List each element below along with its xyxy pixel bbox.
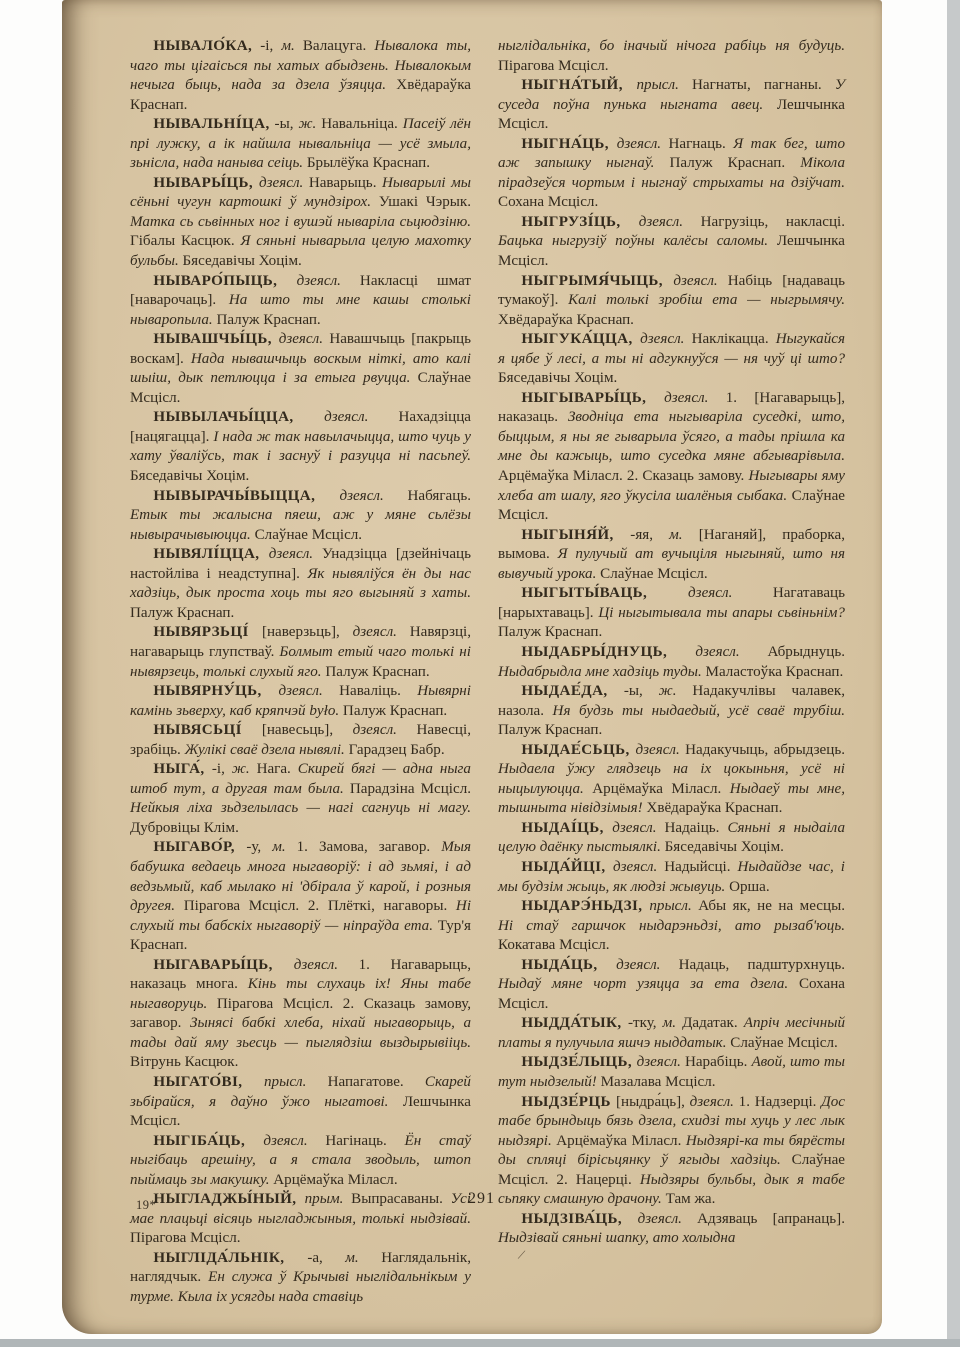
example-text: Матка сь сьвінных ног і вушэй нываріла с…: [130, 214, 471, 230]
entry-text: 1. Надзерці.: [739, 1094, 821, 1110]
example-text: дзеясл.: [353, 624, 410, 640]
example-text: дзеясл.: [640, 331, 691, 347]
dictionary-entry: НЫДАРЭ́НЬДЗІ, прысл. Абы як, не на месцы…: [498, 897, 845, 956]
entry-text: Нагнаць.: [669, 136, 734, 152]
entry-text: Слаўнае Мсцісл.: [255, 527, 363, 543]
entry-text: Мазалава Мсцісл.: [601, 1074, 716, 1090]
headword: НЫДЗЕ́РЦЬ: [521, 1094, 616, 1110]
example-text: м.: [345, 1250, 381, 1266]
dictionary-entry: НЫГЫВАРЫ́ЦЬ, дзеясл. 1. [Нагаварыць], на…: [498, 389, 845, 526]
entry-text: Адзяваць [апранаць].: [697, 1211, 845, 1227]
example-text: дзеясл.: [616, 957, 678, 973]
headword: НЫДАЕ́СЬЦЬ,: [521, 742, 635, 758]
dictionary-entry: НЫГА́, -і, ж. Нага. Скирей бягі — адна н…: [130, 760, 471, 838]
entry-text: Сохана Мсцісл.: [498, 194, 598, 210]
example-text: дзеясл.: [297, 273, 360, 289]
headword: НЫВАЛЬНІ́ЦА,: [153, 116, 269, 132]
entry-text: Палуж Краснап.: [670, 155, 801, 171]
dictionary-entry: НЫДДА́ТЫК, -тку, м. Дадатак. Апріч месіч…: [498, 1014, 845, 1053]
entry-text: Гібалы Касцюк.: [130, 233, 241, 249]
headword: НЫГНА́ТЫЙ,: [521, 77, 636, 93]
dictionary-entry: НЫГЫНЯ́Й, -яя, м. [Наганяй], праборка, в…: [498, 526, 845, 585]
entry-text: Дубровіцы Клім.: [130, 820, 239, 836]
entry-text: Арцёмаўка Міласл.: [273, 1172, 397, 1188]
page-number: 291: [468, 1190, 495, 1208]
example-text: дзеясл.: [673, 273, 727, 289]
entry-text: Наварыць.: [309, 175, 382, 191]
example-text: дзеясл.: [612, 820, 664, 836]
entry-text: 1. Замова, загавор.: [297, 839, 442, 855]
scanned-book-photo: { "page": { "number": "291", "signature_…: [0, 0, 960, 1347]
scanner-edge-strip-right: [947, 0, 960, 1347]
dictionary-entry: НЫГЛАДЖЫ́НЫЙ, прым. Выпрасаваны. Усі мае…: [130, 1190, 471, 1249]
entry-text: Абы як, не на месцы.: [698, 898, 845, 914]
entry-text: Арцёмаўка Міласл.: [592, 781, 729, 797]
entry-text: Бяседавічы Хоцім.: [183, 253, 302, 269]
entry-text: Палуж Краснап.: [343, 703, 447, 719]
dictionary-entry: НЫГЛІДА́ЛЬНІК, -а, м. Наглядальнік, нагл…: [130, 1249, 471, 1308]
dictionary-entry: НЫВАЛО́КА, -і, м. Валацуга. Нывалока ты,…: [130, 37, 471, 115]
example-text: дзеясл.: [639, 214, 701, 230]
text-column-left: НЫВАЛО́КА, -і, м. Валацуга. Нывалока ты,…: [130, 37, 471, 1308]
dictionary-entry: НЫВАЛЬНІ́ЦА, -ы, ж. Навальніца. Пасеіў л…: [130, 115, 471, 174]
headword: НЫДАЕ́ДА,: [521, 683, 623, 699]
dictionary-entry: НЫГІБА́ЦЬ, дзеясл. Нагінаць. Ён стаў ныг…: [130, 1132, 471, 1191]
entry-text: -і,: [212, 761, 232, 777]
headword: НЫГЫВАРЫ́ЦЬ,: [521, 390, 664, 406]
example-text: м.: [272, 839, 296, 855]
entry-text: -ы,: [270, 116, 299, 132]
headword: НЫГА́,: [153, 761, 212, 777]
entry-text: Пірагова Мсцісл.: [130, 1230, 241, 1246]
entry-text: [наверзьць],: [262, 624, 353, 640]
headword: НЫГУКА́ЦЦА,: [521, 331, 640, 347]
dictionary-entry: НЫГРУЗІ́ЦЬ, дзеясл. Нагрузіць, накласці.…: [498, 213, 845, 272]
example-text: дзеясл.: [279, 331, 330, 347]
headword: НЫДДА́ТЫК,: [521, 1015, 628, 1031]
entry-text: [ныдра́ць],: [616, 1094, 690, 1110]
entry-text: Арцёмаўка Міласл. 2. Сказаць замову.: [498, 468, 748, 484]
example-text: прысл.: [636, 77, 692, 93]
example-text: прысл.: [264, 1074, 328, 1090]
entry-text: Слаўнае Мсцісл.: [600, 566, 708, 582]
entry-text: Нарабіць.: [685, 1054, 752, 1070]
example-text: прым.: [305, 1191, 352, 1207]
dictionary-entry: НЫГНА́ЦЬ, дзеясл. Нагнаць. Я так бег, шт…: [498, 135, 845, 213]
example-text: прысл.: [649, 898, 698, 914]
dictionary-entry: НЫДЗІВА́ЦЬ, дзеясл. Адзяваць [апранаць].…: [498, 1210, 845, 1249]
entry-text: Бяседавічы Хоцім.: [130, 468, 249, 484]
headword: НЫВЫРАЧЫ́ВЫЦЦА,: [153, 488, 339, 504]
entry-text: Бяседавічы Хоцім.: [498, 370, 617, 386]
example-text: дзеясл.: [613, 859, 664, 875]
headword: НЫГАВАРЫ́ЦЬ,: [153, 957, 293, 973]
dictionary-entry: НЫДАІ́ЦЬ, дзеясл. Надаіць. Сяньні я ныда…: [498, 819, 845, 858]
headword: НЫГРУЗІ́ЦЬ,: [521, 214, 638, 230]
headword: НЫВЫЛАЧЫ́ЦЦА,: [153, 409, 324, 425]
entry-text: Выпрасаваны.: [351, 1191, 451, 1207]
entry-text: Там жа.: [666, 1191, 716, 1207]
headword: НЫГНА́ЦЬ,: [521, 136, 616, 152]
entry-text: Надаць, падштурхнуць.: [679, 957, 845, 973]
example-text: дзеясл.: [688, 585, 773, 601]
entry-text: -тку,: [628, 1015, 663, 1031]
entry-text: Нагрузіць, накласці.: [701, 214, 845, 230]
headword: НЫГРЫМЯ́ЧЫЦЬ,: [521, 273, 673, 289]
entry-text: Палуж Краснап.: [216, 312, 320, 328]
entry-text: Палуж Краснап.: [130, 605, 234, 621]
entry-text: Надакучыць, абрыдзець.: [685, 742, 845, 758]
entry-text: Хвёдараўка Краснап.: [646, 800, 782, 816]
example-text: дзеясл.: [617, 136, 669, 152]
entry-text: Бяседавічы Хоцім.: [665, 839, 784, 855]
headword: НЫГЛІДА́ЛЬНІК,: [153, 1250, 307, 1266]
example-text: м.: [281, 38, 303, 54]
example-text: дзеясл.: [637, 1054, 685, 1070]
entry-text: Навальніца.: [321, 116, 403, 132]
dictionary-entry: НЫГАВО́Р, -у, м. 1. Замова, загавор. Мыя…: [130, 838, 471, 955]
dictionary-entry: НЫДАЕ́СЬЦЬ, дзеясл. Надакучыць, абрыдзец…: [498, 741, 845, 819]
dictionary-entry: НЫВЯРНУ́ЦЬ, дзеясл. Наваліць. Нывярні ка…: [130, 682, 471, 721]
example-text: дзеясл.: [263, 1133, 325, 1149]
example-text: дзеясл.: [269, 546, 322, 562]
entry-text: Гарадзец Бабр.: [349, 742, 445, 758]
example-text: Ні стаў гаршчок ныдарэньдзі, ато рызаб'ю…: [498, 918, 845, 934]
entry-text: Пірагова Мсцісл. 2. Плёткі, нагаворы.: [184, 898, 456, 914]
example-text: Бацька ныгрузіў поўны калёсы саломы.: [498, 233, 777, 249]
entry-text: -і,: [252, 38, 281, 54]
dictionary-entry: НЫДЗЕ́ЛЫЦЬ, дзеясл. Нарабіць. Авой, што …: [498, 1053, 845, 1092]
headword: НЫВАРЫ́ЦЬ,: [153, 175, 259, 191]
example-text: ж.: [659, 683, 693, 699]
dictionary-entry: НЫГУКА́ЦЦА, дзеясл. Наклікацца. Ныгукайс…: [498, 330, 845, 389]
headword: НЫДА́ЦЬ,: [521, 957, 616, 973]
dictionary-entry: НЫДА́ЙЦІ, дзеясл. Надыйсці. Ныдайдзе час…: [498, 858, 845, 897]
example-text: Ныдабрыдла мне хадзіць туды.: [498, 664, 706, 680]
example-text: ныглідальніка, бо іначый нічога рабіць н…: [498, 38, 845, 54]
entry-text: Хвёдараўка Краснап.: [498, 312, 634, 328]
scanner-edge-strip-bottom: [0, 1339, 960, 1347]
headword: НЫДАБРЫ́ДНУЦЬ,: [521, 644, 695, 660]
headword: НЫВЯРЗЬЦІ́: [153, 624, 262, 640]
entry-text: Нагінаць.: [325, 1133, 404, 1149]
example-text: дзеясл.: [353, 722, 417, 738]
headword: НЫГАТО́ВІ,: [153, 1074, 264, 1090]
entry-text: Орша.: [729, 879, 770, 895]
headword: НЫВЯСЬЦІ́: [153, 722, 261, 738]
example-text: Калі толькі зробіш ета — ныгрымячу.: [568, 292, 845, 308]
dictionary-entry: НЫВАШЧЫ́ЦЬ, дзеясл. Навашчыць [пакрыць в…: [130, 330, 471, 408]
dictionary-entry: НЫГРЫМЯ́ЧЫЦЬ, дзеясл. Набіць [надаваць т…: [498, 272, 845, 331]
dictionary-entry: НЫГНА́ТЫЙ, прысл. Нагнаты, пагнаны. У су…: [498, 76, 845, 135]
dictionary-entry: НЫВЯРЗЬЦІ́ [наверзьць], дзеясл. Навярзці…: [130, 623, 471, 682]
dictionary-entry: НЫГАТО́ВІ, прысл. Напагатове. Скарей зьб…: [130, 1073, 471, 1132]
example-text: м.: [669, 527, 699, 543]
entry-text: Палуж Краснап.: [498, 624, 602, 640]
dictionary-entry: НЫВЯСЬЦІ́ [навесьць], дзеясл. Навесці, з…: [130, 721, 471, 760]
dictionary-entry: НЫВАРЫ́ЦЬ, дзеясл. Наварыць. Ныварылі мы…: [130, 174, 471, 272]
dictionary-entry: НЫВАРО́ПЫЦЬ, дзеясл. Накласці шмат [нава…: [130, 272, 471, 331]
example-text: Ныдзівай сяньні шапку, ато холыдна: [498, 1230, 735, 1246]
page-scan: НЫВАЛО́КА, -і, м. Валацуга. Нывалока ты,…: [62, 0, 882, 1334]
headword: НЫВАШЧЫ́ЦЬ,: [153, 331, 278, 347]
entry-text: Вітрунь Касцюк.: [130, 1054, 238, 1070]
dictionary-entry: НЫДАЕ́ДА, -ы, ж. Надакучлівы чалавек, на…: [498, 682, 845, 741]
example-text: Ныдаў мяне чорт узяцца за ета дзела.: [498, 976, 799, 992]
headword: НЫГЫНЯ́Й,: [521, 527, 630, 543]
example-text: дзеясл.: [324, 409, 398, 425]
entry-text: Кокатава Мсцісл.: [498, 937, 610, 953]
dictionary-entry: НЫГЫТЫ́ВАЦЬ, дзеясл. Нагатаваць [нарыхта…: [498, 584, 845, 643]
dictionary-entry: НЫДАБРЫ́ДНУЦЬ, дзеясл. Абрыднуць. Ныдабр…: [498, 643, 845, 682]
entry-text: Слаўнае Мсцісл.: [730, 1035, 838, 1051]
example-text: дзеясл.: [695, 644, 767, 660]
entry-text: Набягаць.: [408, 488, 471, 504]
entry-text: -у,: [246, 839, 272, 855]
entry-text: Ушакі Чэрык.: [379, 194, 471, 210]
entry-text: [навесьць],: [262, 722, 353, 738]
entry-text: Пірагова Мсцісл.: [498, 58, 609, 74]
dictionary-entry: НЫВЫРАЧЫ́ВЫЦЦА, дзеясл. Набягаць. Етык т…: [130, 487, 471, 546]
example-text: Ці ныгытывала ты апары сьвіньнім?: [598, 605, 845, 621]
headword: НЫДА́ЙЦІ,: [521, 859, 613, 875]
entry-text: Нага.: [257, 761, 298, 777]
dictionary-entry: НЫГАВАРЫ́ЦЬ, дзеясл. 1. Нагаварыць, нака…: [130, 956, 471, 1073]
example-text: Жулікі сваё дзела нывялі.: [185, 742, 349, 758]
headword: НЫДАІ́ЦЬ,: [521, 820, 612, 836]
entry-text: Маластоўка Краснап.: [706, 664, 844, 680]
dictionary-entry: НЫДЗЕ́РЦЬ [ныдра́ць], дзеясл. 1. Надзерц…: [498, 1093, 845, 1210]
headword: НЫДЗІВА́ЦЬ,: [521, 1211, 637, 1227]
entry-text: Абрыднуць.: [767, 644, 845, 660]
headword: НЫВАРО́ПЫЦЬ,: [153, 273, 296, 289]
headword: НЫГАВО́Р,: [153, 839, 246, 855]
example-text: ж.: [232, 761, 257, 777]
entry-text: Нагнаты, пагнаны.: [692, 77, 835, 93]
example-text: дзеясл.: [278, 683, 339, 699]
dictionary-entry: НЫДА́ЦЬ, дзеясл. Надаць, падштурхнуць. Н…: [498, 956, 845, 1015]
example-text: дзеясл.: [339, 488, 407, 504]
headword: НЫДЗЕ́ЛЫЦЬ,: [521, 1054, 636, 1070]
entry-text: Брылёўка Краснап.: [307, 155, 430, 171]
dictionary-entry: НЫВЯЛІ́ЦЦА, дзеясл. Унадзіцца [дзейнічац…: [130, 545, 471, 623]
headword: НЫВАЛО́КА,: [153, 38, 252, 54]
headword: НЫВЯЛІ́ЦЦА,: [153, 546, 268, 562]
example-text: дзеясл.: [664, 390, 726, 406]
entry-text: -а,: [307, 1250, 345, 1266]
headword: НЫДАРЭ́НЬДЗІ,: [521, 898, 649, 914]
headword: НЫВЯРНУ́ЦЬ,: [153, 683, 278, 699]
example-text: дзеясл.: [690, 1094, 739, 1110]
entry-text: Надаіць.: [665, 820, 728, 836]
example-text: дзеясл.: [294, 957, 359, 973]
headword: НЫГЫТЫ́ВАЦЬ,: [521, 585, 688, 601]
example-text: ж.: [298, 116, 321, 132]
headword: НЫГІБА́ЦЬ,: [153, 1133, 263, 1149]
entry-text: Валацуга.: [303, 38, 375, 54]
dictionary-entry: НЫВЫЛАЧЫ́ЦЦА, дзеясл. Нахадзіцца [нацяга…: [130, 408, 471, 486]
signature-mark: 19*: [136, 1198, 156, 1213]
headword: НЫГЛАДЖЫ́НЫЙ,: [153, 1191, 304, 1207]
example-text: дзеясл.: [259, 175, 309, 191]
entry-text: Палуж Краснап.: [498, 722, 602, 738]
entry-text: Арцёмаўка Міласл.: [556, 1133, 686, 1149]
dictionary-entry: ныглідальніка, бо іначый нічога рабіць н…: [498, 37, 845, 76]
example-text: Ня будзь ты ныдаедый, усё сваё трубіш.: [553, 703, 845, 719]
entry-text: Наклікацца.: [692, 331, 776, 347]
entry-text: Дадатак.: [682, 1015, 744, 1031]
entry-text: Палуж Краснап.: [325, 664, 429, 680]
scan-artifact-mark: /: [517, 1248, 525, 1264]
entry-text: Надыйсці.: [664, 859, 737, 875]
entry-text: -яя,: [630, 527, 669, 543]
example-text: дзеясл.: [638, 1211, 697, 1227]
entry-text: Парадзіна Мсцісл.: [350, 781, 471, 797]
example-text: дзеясл.: [635, 742, 685, 758]
entry-text: Напагатове.: [328, 1074, 425, 1090]
entry-text: Наваліць.: [339, 683, 417, 699]
entry-text: -ы,: [624, 683, 659, 699]
text-column-right: ныглідальніка, бо іначый нічога рабіць н…: [498, 37, 845, 1249]
example-text: Нейкыя ліха зьдзелылась — нагі сагнуць н…: [130, 800, 471, 816]
example-text: м.: [663, 1015, 682, 1031]
